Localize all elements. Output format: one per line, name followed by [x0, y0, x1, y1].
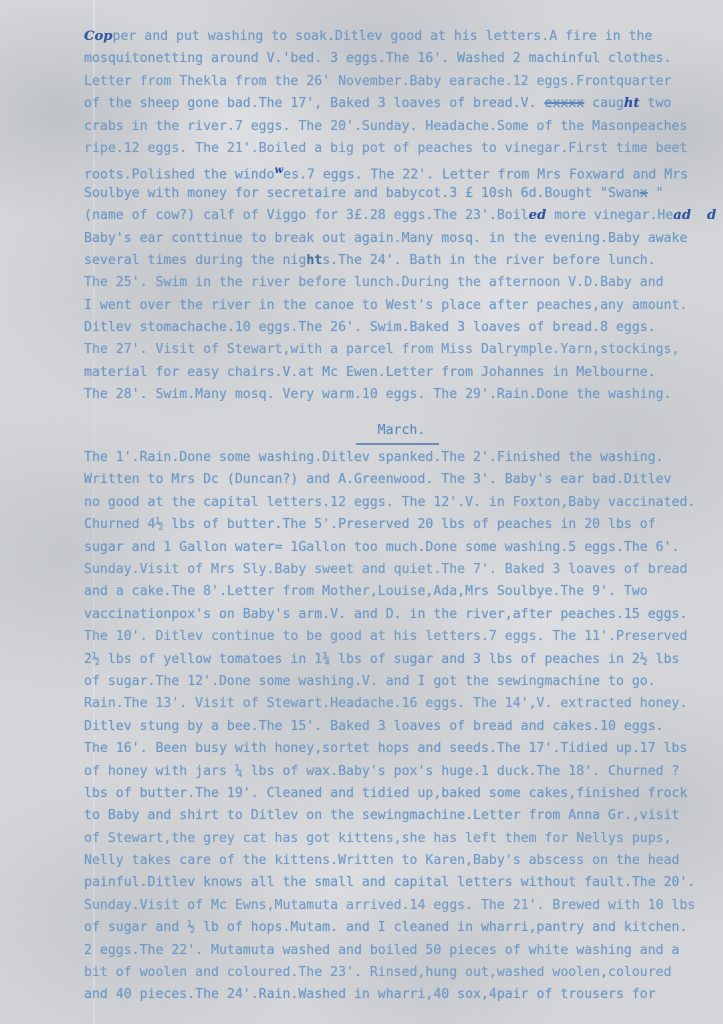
text-line: Soulbye with money for secretaire and ba… — [84, 183, 711, 205]
text-line: Churned 4½ lbs of butter.The 5'.Preserve… — [84, 514, 711, 536]
text-line: lbs of butter.The 19'. Cleaned and tidie… — [84, 783, 711, 805]
handwritten-correction: Cop — [84, 29, 113, 44]
text-line: no good at the capital letters.12 eggs. … — [84, 492, 711, 514]
handwritten-correction: ed — [529, 208, 547, 223]
text-line: ripe.12 eggs. The 21'.Boiled a big pot o… — [84, 138, 711, 160]
handwritten-correction: ht — [624, 96, 640, 111]
text-line: Written to Mrs Dc (Duncan?) and A.Greenw… — [84, 469, 711, 491]
handwritten-correction: d — [707, 208, 716, 223]
paper-sheet: Copper and put washing to soak.Ditlev go… — [0, 0, 723, 1024]
text-line: and 40 pieces.The 24'.Rain.Washed in wha… — [84, 984, 711, 1006]
text-line: The 28'. Swim.Many mosq. Very warm.10 eg… — [84, 384, 711, 406]
text-line: Baby's ear conttinue to break out again.… — [84, 228, 711, 250]
text-line: of sugar.The 12'.Done some washing.V. an… — [84, 671, 711, 693]
text-line: The 25'. Swim in the river before lunch.… — [84, 272, 711, 294]
text-line: of sugar and ½ lb of hops.Mutam. and I c… — [84, 917, 711, 939]
section-heading-row: March. — [84, 420, 711, 442]
text-line: of Stewart,the grey cat has got kittens,… — [84, 828, 711, 850]
text-line: vaccinationpox's on Baby's arm.V. and D.… — [84, 604, 711, 626]
text-line: (name of cow?) calf of Viggo for 3£.28 e… — [84, 205, 711, 227]
text-line: of the sheep gone bad.The 17', Baked 3 l… — [84, 93, 711, 115]
text-line: Sunday.Visit of Mrs Sly.Baby sweet and q… — [84, 559, 711, 581]
text-line: The 16'. Been busy with honey,sortet hop… — [84, 738, 711, 760]
text-line: roots.Polished the windowes.7 eggs. The … — [84, 160, 711, 182]
text-line: I went over the river in the canoe to We… — [84, 295, 711, 317]
document-body: Copper and put washing to soak.Ditlev go… — [84, 26, 711, 1007]
text-line: 2½ lbs of yellow tomatoes in 1¾ lbs of s… — [84, 649, 711, 671]
text-line: Copper and put washing to soak.Ditlev go… — [84, 26, 711, 48]
text-line: bit of woolen and coloured.The 23'. Rins… — [84, 962, 711, 984]
text-line: Nelly takes care of the kittens.Written … — [84, 850, 711, 872]
text-line: Ditlev stung by a bee.The 15'. Baked 3 l… — [84, 716, 711, 738]
text-line: The 27'. Visit of Stewart,with a parcel … — [84, 339, 711, 361]
struck-out-text: exxxx — [545, 96, 585, 111]
text-line: crabs in the river.7 eggs. The 20'.Sunda… — [84, 116, 711, 138]
text-line: mosquitonetting around V.'bed. 3 eggs.Th… — [84, 48, 711, 70]
text-line: sugar and 1 Gallon water= 1Gallon too mu… — [84, 537, 711, 559]
handwritten-correction: ad — [673, 208, 691, 223]
text-line: The 1'.Rain.Done some washing.Ditlev spa… — [84, 447, 711, 469]
text-line: Letter from Thekla from the 26' November… — [84, 71, 711, 93]
overstruck-text: ht — [306, 253, 322, 268]
text-line: The 10'. Ditlev continue to be good at h… — [84, 626, 711, 648]
text-line: and a cake.The 8'.Letter from Mother,Lou… — [84, 581, 711, 603]
struck-out-text: x — [640, 186, 648, 201]
text-line: to Baby and shirt to Ditlev on the sewin… — [84, 805, 711, 827]
text-line: painful.Ditlev knows all the small and c… — [84, 872, 711, 894]
text-line: Rain.The 13'. Visit of Stewart.Headache.… — [84, 693, 711, 715]
text-line: of honey with jars ¼ lbs of wax.Baby's p… — [84, 761, 711, 783]
handwritten-correction: w — [275, 165, 284, 176]
text-line: material for easy chairs.V.at Mc Ewen.Le… — [84, 362, 711, 384]
text-line: 2 eggs.The 22'. Mutamuta washed and boil… — [84, 940, 711, 962]
text-line: Sunday.Visit of Mc Ewns,Mutamuta arrived… — [84, 895, 711, 917]
section-heading: March. — [356, 420, 440, 445]
text-line: several times during the nights.The 24'.… — [84, 250, 711, 272]
text-line: Ditlev stomachache.10 eggs.The 26'. Swim… — [84, 317, 711, 339]
